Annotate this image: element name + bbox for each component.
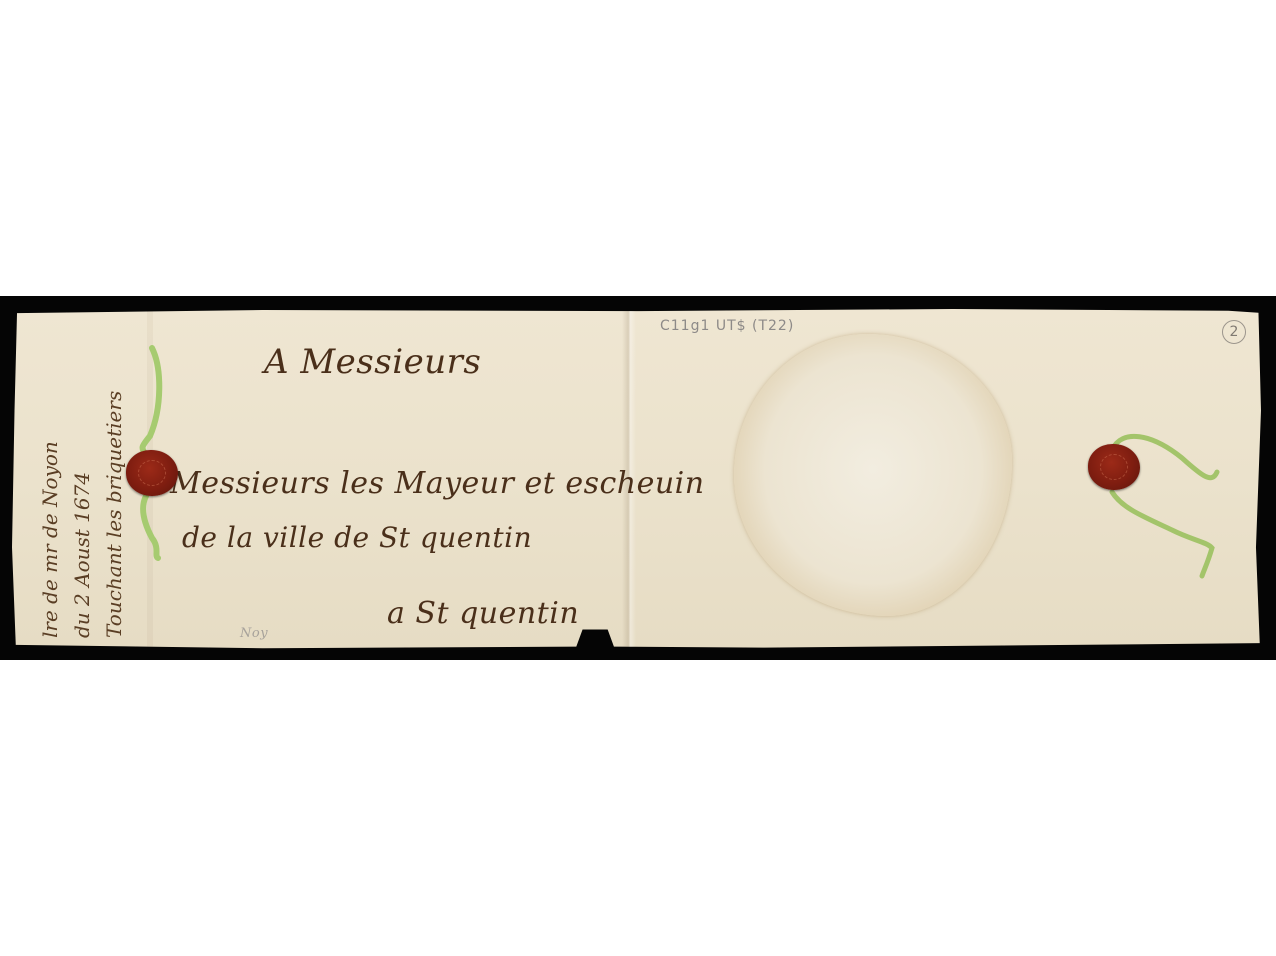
docket-note: lre de mr de Noyon du 2 Aoust 1674 Touch… (34, 391, 130, 638)
address-line-2: de la ville de St quentin (182, 521, 532, 554)
letter-sheet: C11g1 UT$ (T22) 2 lre de mr de Noyon du … (12, 308, 1266, 650)
page-number-circle: 2 (1222, 320, 1246, 344)
pencil-mark: Noy (240, 626, 268, 641)
address-line-3: a St quentin (387, 596, 579, 631)
address-line-1: Messieurs les Mayeur et escheuin (170, 466, 705, 501)
wax-seal-left (126, 450, 178, 496)
docket-line: du 2 Aoust 1674 (66, 391, 98, 638)
wax-seal-right (1088, 444, 1140, 490)
docket-line: Touchant les briquetiers (98, 391, 130, 638)
salutation: A Messieurs (264, 342, 481, 382)
pencil-reference: C11g1 UT$ (T22) (660, 318, 794, 334)
docket-line: lre de mr de Noyon (34, 391, 66, 638)
water-stain (734, 334, 1012, 616)
